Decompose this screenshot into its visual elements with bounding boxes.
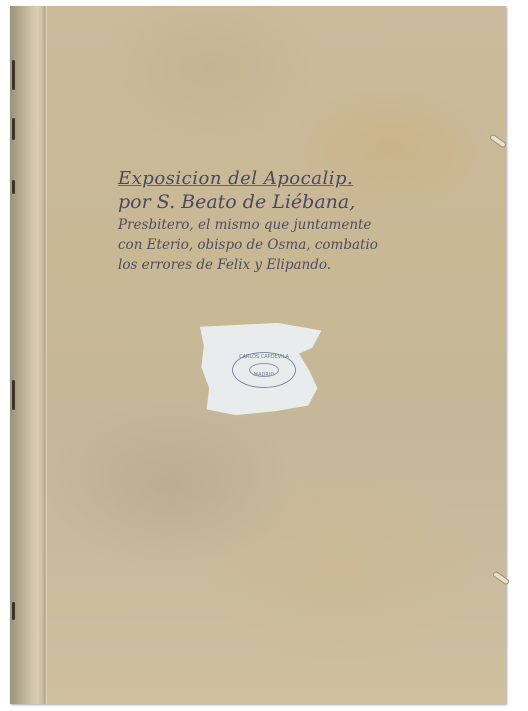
title-line-1: Exposicion del Apocalip.	[118, 168, 448, 189]
spine-ink-mark	[12, 380, 15, 410]
stamp-inner-oval	[249, 363, 279, 377]
subtitle-line-3: Presbitero, el mismo que juntamente	[118, 217, 448, 233]
book-spine	[10, 6, 46, 704]
oval-stamp: CARLOS CAPDEVILA MADRID	[232, 352, 296, 388]
spine-crease	[44, 6, 47, 704]
handwritten-title: Exposicion del Apocalip. por S. Beato de…	[118, 168, 448, 273]
stamp-text-top: CARLOS CAPDEVILA	[233, 353, 295, 361]
spine-ink-mark	[12, 60, 15, 90]
subtitle-line-5: los errores de Felix y Elipando.	[118, 257, 448, 273]
spine-ink-mark	[12, 180, 15, 194]
title-line-2: por S. Beato de Liébana,	[118, 191, 448, 213]
subtitle-line-4: con Eterio, obispo de Osma, combatio	[118, 237, 448, 253]
spine-ink-mark	[12, 118, 15, 140]
spine-ink-mark	[12, 602, 15, 620]
